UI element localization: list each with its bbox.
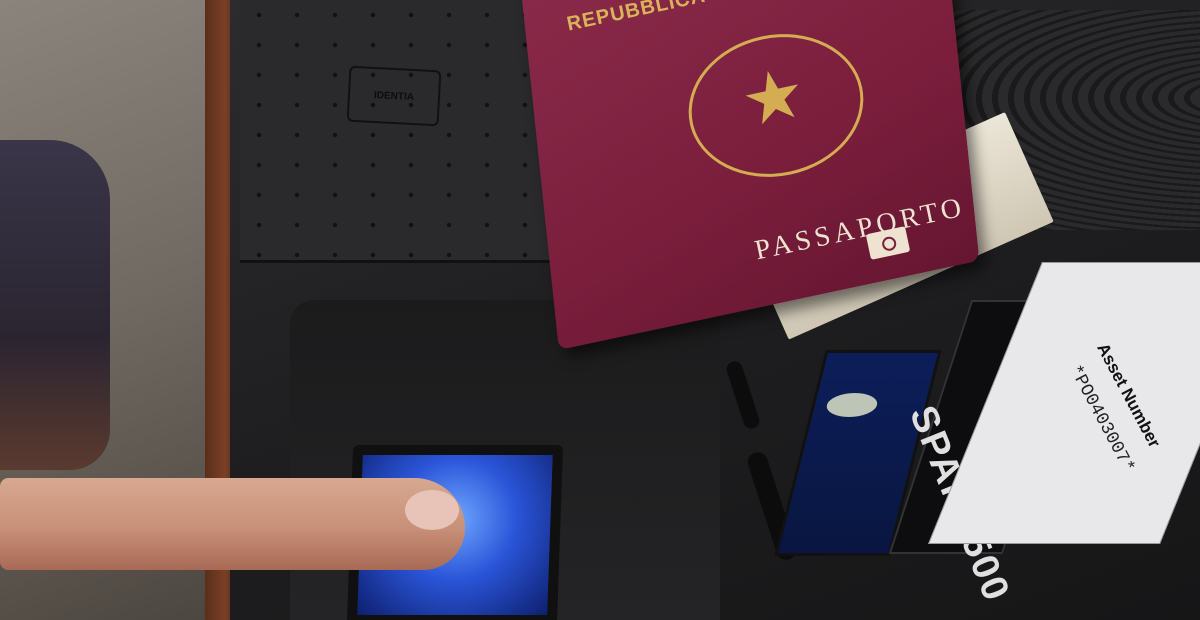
person-background: [0, 140, 110, 470]
fingernail: [405, 490, 459, 530]
display-glare: [824, 393, 880, 417]
finger: [0, 478, 465, 570]
brand-logo: IDENTIA: [347, 66, 442, 127]
